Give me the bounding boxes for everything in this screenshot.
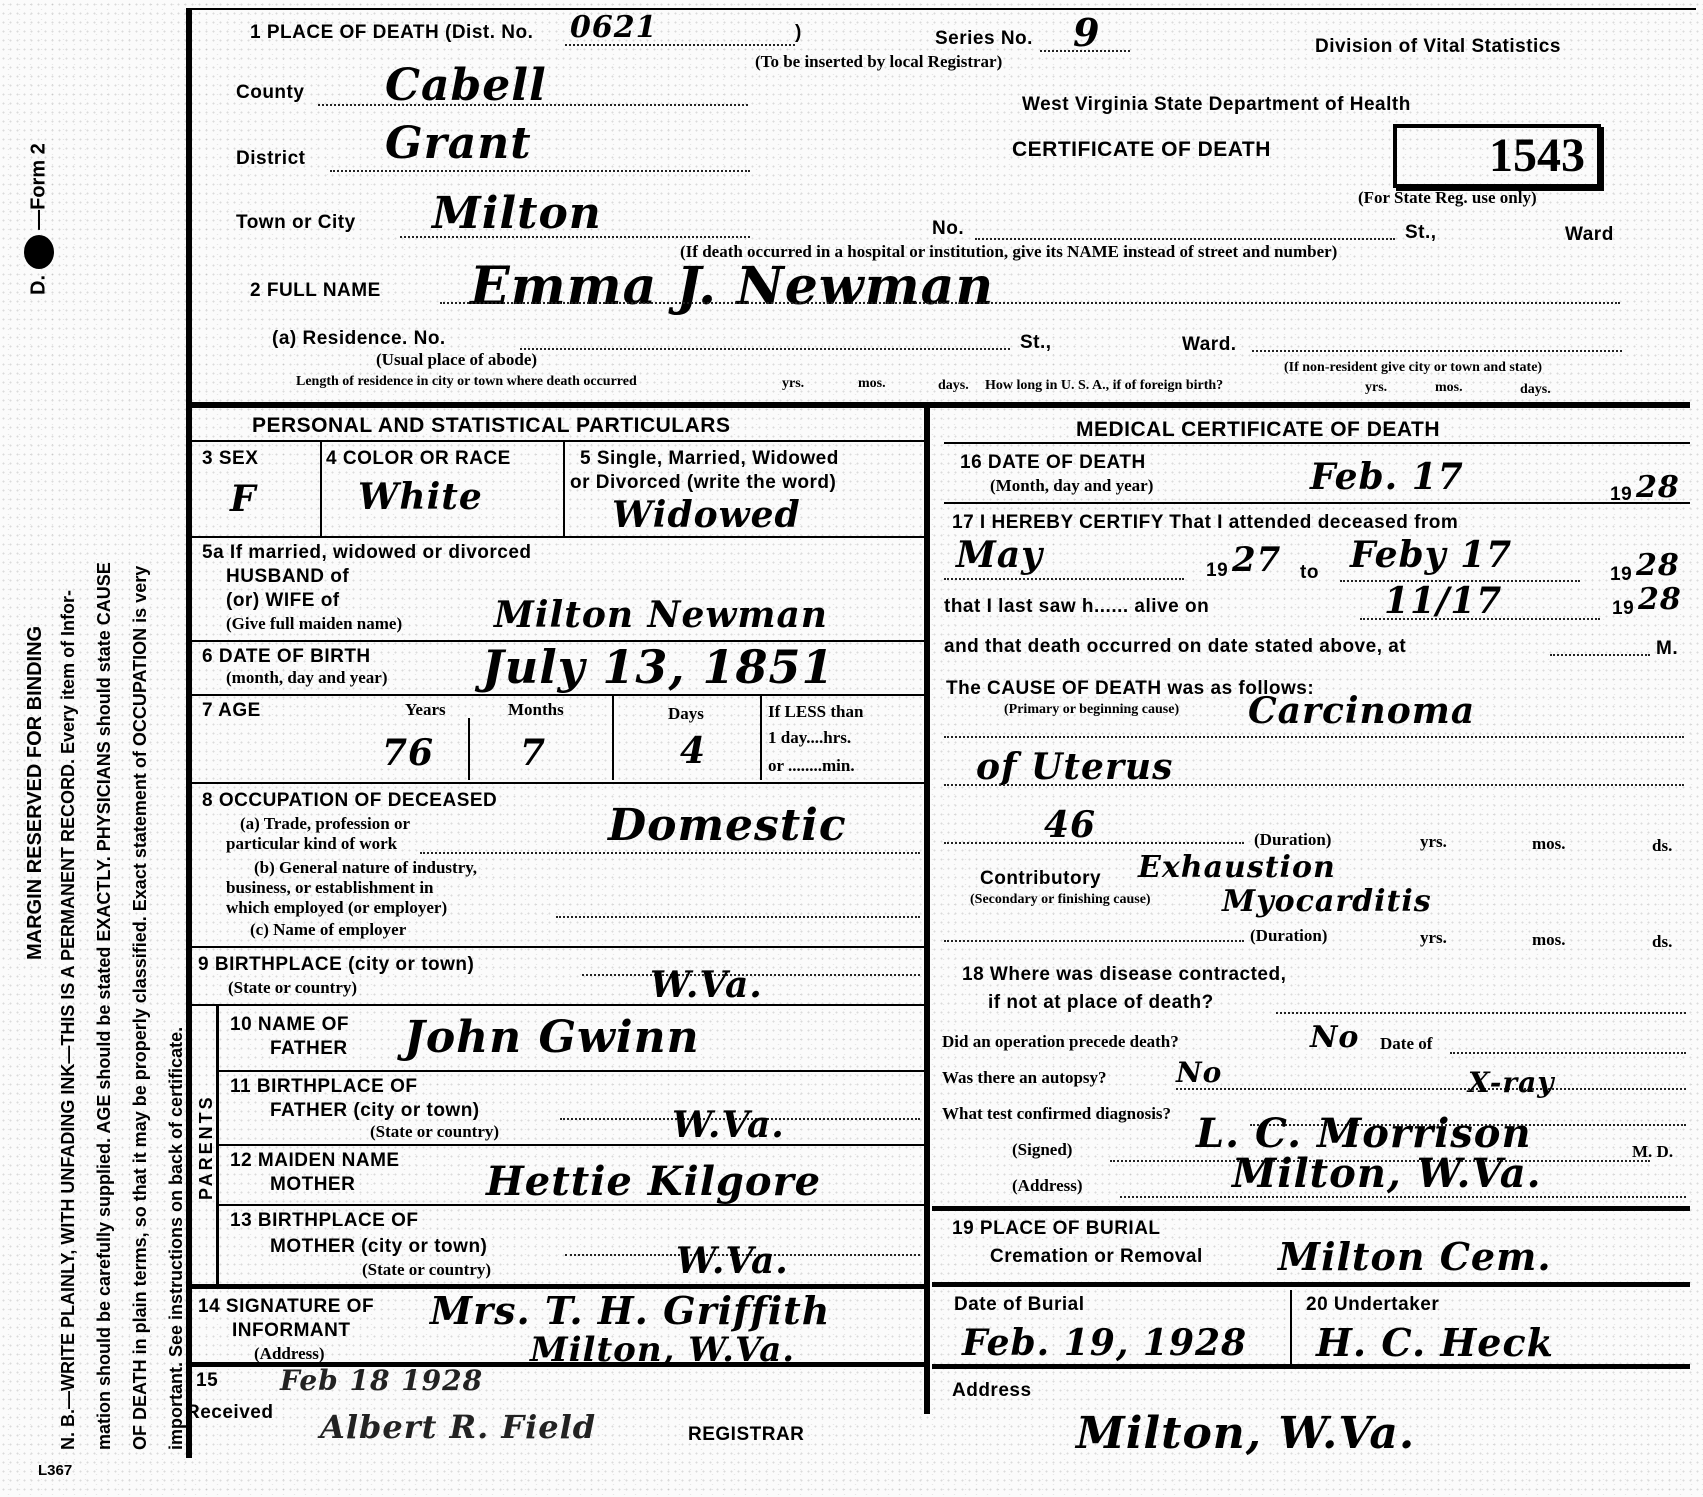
death-certificate: MARGIN RESERVED FOR BINDING D. —Form 2 N… (0, 0, 1703, 1497)
margin-instructions-3: OF DEATH in plain terms, so that it may … (130, 566, 151, 1450)
frame-left-border (186, 8, 192, 1458)
age-days-value: 4 (680, 730, 706, 772)
form-code: L367 (38, 1462, 72, 1479)
certify-statement: 17 I HEREBY CERTIFY That I attended dece… (952, 512, 1458, 534)
test-value: X-ray (1468, 1066, 1555, 1099)
mother-name-value: Hettie Kilgore (486, 1158, 821, 1205)
race-value: White (358, 476, 483, 518)
age-years-value: 76 (382, 732, 434, 774)
last-saw-alive-value: 11/17 (1384, 580, 1502, 622)
attended-to-year: 28 (1636, 548, 1680, 583)
father-name-value: John Gwinn (404, 1012, 700, 1063)
state-reg-note: (For State Reg. use only) (1358, 188, 1537, 208)
medical-section-title: MEDICAL CERTIFICATE OF DEATH (1076, 418, 1440, 442)
registrar-signature: Albert R. Field (320, 1408, 596, 1446)
section-divider (190, 402, 1690, 408)
department-title: West Virginia State Department of Health (1022, 94, 1411, 116)
district-number: 0621 (570, 10, 658, 45)
received-date: Feb 18 1928 (280, 1364, 483, 1397)
certificate-number: 1543 (1489, 128, 1585, 183)
attended-from-year: 27 (1232, 540, 1281, 580)
burial-date-value: Feb. 19, 1928 (962, 1322, 1247, 1364)
town-value: Milton (432, 188, 602, 239)
autopsy-value: No (1176, 1056, 1222, 1089)
margin-instructions-4: important. See instructions on back of c… (166, 1027, 187, 1450)
certificate-title: CERTIFICATE OF DEATH (1012, 138, 1271, 162)
seal-blot-icon (24, 235, 54, 269)
series-number: 9 (1073, 10, 1100, 55)
spouse-value: Milton Newman (494, 594, 828, 636)
registrar-note: (To be inserted by local Registrar) (755, 52, 1002, 72)
age-months-value: 7 (520, 732, 546, 774)
mother-birthplace-value: W.Va. (676, 1240, 789, 1282)
attended-to-value: Feby 17 (1350, 534, 1512, 576)
operation-value: No (1310, 1020, 1359, 1055)
date-of-birth-value: July 13, 1851 (482, 640, 835, 694)
undertaker-value: H. C. Heck (1316, 1320, 1554, 1365)
marital-status-value: Widowed (612, 494, 801, 536)
informant-signature: Mrs. T. H. Griffith (430, 1288, 830, 1333)
primary-cause-line-2: of Uterus (976, 746, 1173, 788)
last-saw-alive-year: 28 (1638, 582, 1682, 617)
district-value: Grant (385, 118, 532, 169)
father-birthplace-value: W.Va. (672, 1104, 785, 1146)
margin-instructions-2: mation should be carefully supplied. AGE… (94, 562, 115, 1450)
series-label: Series No. (935, 28, 1033, 50)
margin-form-id: D. —Form 2 (24, 143, 54, 295)
occupation-value: Domestic (608, 800, 847, 851)
date-of-death-year: 28 (1636, 470, 1680, 505)
date-of-death-value: Feb. 17 (1310, 456, 1464, 498)
birthplace-value: W.Va. (650, 964, 763, 1006)
attended-from-value: May (956, 534, 1043, 576)
full-name-value: Emma J. Newman (470, 256, 994, 317)
place-of-death-label: 1 PLACE OF DEATH (Dist. No. (250, 22, 533, 44)
primary-cause-line-1: Carcinoma (1248, 690, 1475, 732)
personal-section-title: PERSONAL AND STATISTICAL PARTICULARS (252, 414, 730, 438)
certificate-number-box: 1543 (1393, 124, 1601, 188)
contributory-cause-line-2: Myocarditis (1222, 884, 1432, 919)
margin-instructions-1: N. B.—WRITE PLAINLY, WITH UNFADING INK—T… (58, 590, 79, 1450)
frame-top-border (186, 8, 1696, 10)
primary-cause-line-3: 46 (1044, 804, 1096, 846)
margin-reserved-text: MARGIN RESERVED FOR BINDING (24, 626, 47, 960)
division-title: Division of Vital Statistics (1315, 36, 1561, 58)
column-divider (924, 404, 930, 1414)
parents-label: PARENTS (196, 1094, 217, 1200)
burial-place-value: Milton Cem. (1278, 1234, 1552, 1279)
registrar-label: REGISTRAR (688, 1424, 804, 1446)
physician-address: Milton, W.Va. (1232, 1150, 1542, 1197)
sex-value: F (230, 478, 257, 520)
contributory-cause-line-1: Exhaustion (1138, 850, 1336, 885)
undertaker-address-value: Milton, W.Va. (1076, 1408, 1415, 1459)
